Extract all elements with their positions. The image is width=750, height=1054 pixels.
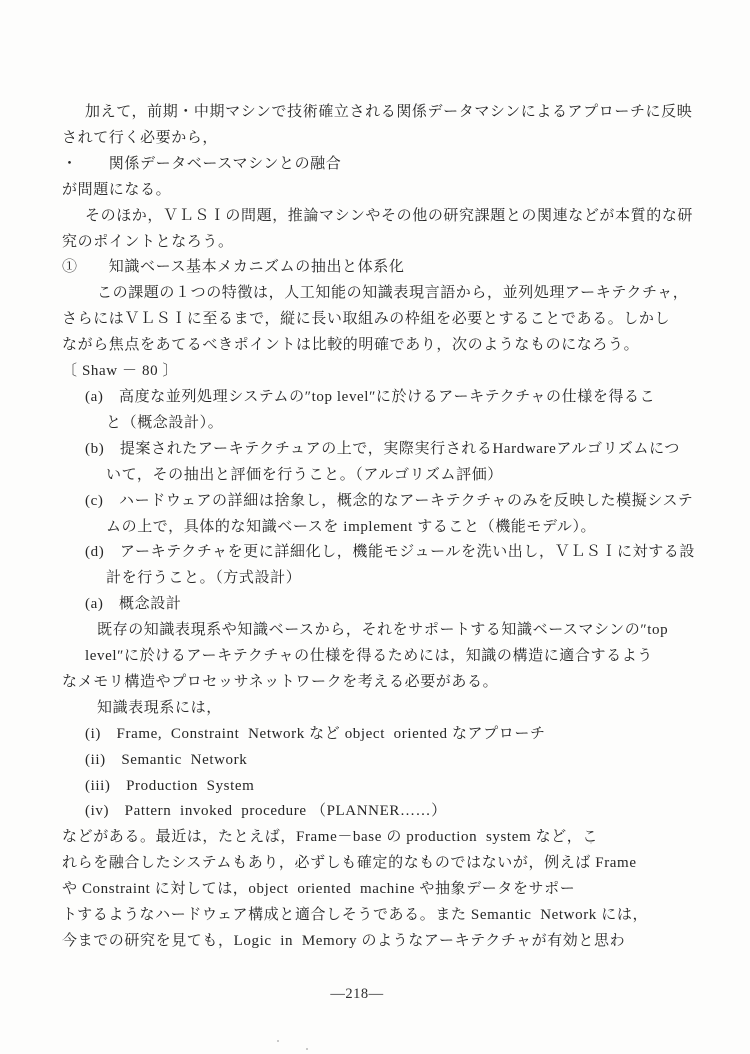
scanned-document-page: 加えて，前期・中期マシンで技術確立される関係データマシンによるアプローチに反映さ… — [0, 0, 750, 1054]
text-line: が問題になる。 — [62, 178, 710, 204]
text-line: (iv) Pattern invoked procedure （PLANNER…… — [62, 799, 710, 825]
text-line: (a) 概念設計 — [62, 592, 710, 618]
text-line: トするようなハードウェア構成と適合しそうである。また Semantic Netw… — [62, 903, 710, 929]
text-line: level″に於けるアーキテクチャの仕様を得るためには，知識の構造に適合するよう — [62, 644, 710, 670]
text-line: 加えて，前期・中期マシンで技術確立される関係データマシンによるアプローチに反映 — [62, 100, 710, 126]
text-line: などがある。最近は，たとえば，Frame－base の production s… — [62, 825, 710, 851]
scan-speckle — [277, 1040, 279, 1042]
text-line: 〔 Shaw － 80 〕 — [62, 359, 710, 385]
page-number: —218— — [0, 986, 714, 1003]
text-line: (a) 高度な並列処理システムの″top level″に於けるアーキテクチャの仕… — [62, 385, 710, 411]
text-line: されて行く必要から， — [62, 126, 710, 152]
text-line: 今までの研究を見ても，Logic in Memory のようなアーキテクチャが有… — [62, 929, 710, 955]
text-line: ・ 関係データベースマシンとの融合 — [62, 152, 710, 178]
body-text: 加えて，前期・中期マシンで技術確立される関係データマシンによるアプローチに反映さ… — [62, 100, 710, 955]
text-line: なメモリ構造やプロセッサネットワークを考える必要がある。 — [62, 670, 710, 696]
scan-speckle — [306, 1048, 308, 1050]
text-line: (i) Frame, Constraint Network など object … — [62, 722, 710, 748]
text-line: さらにはＶＬＳＩに至るまで，縦に長い取組みの枠組を必要とすることである。しかし — [62, 307, 710, 333]
text-line: 既存の知識表現系や知識ベースから，それをサポートする知識ベースマシンの″top — [62, 618, 710, 644]
text-line: れらを融合したシステムもあり，必ずしも確定的なものではないが，例えば Frame — [62, 851, 710, 877]
text-line: 知識表現系には， — [62, 696, 710, 722]
text-line: や Constraint に対しては，object oriented machi… — [62, 877, 710, 903]
text-line: そのほか，ＶＬＳＩの問題，推論マシンやその他の研究課題との関連などが本質的な研 — [62, 204, 710, 230]
text-line: ムの上で，具体的な知識ベースを implement すること（機能モデル）。 — [62, 515, 710, 541]
text-line: 計を行うこと。（方式設計） — [62, 566, 710, 592]
text-line: いて，その抽出と評価を行うこと。（アルゴリズム評価） — [62, 463, 710, 489]
scan-speckle — [590, 842, 592, 844]
text-line: ながら焦点をあてるべきポイントは比較的明確であり，次のようなものになろう。 — [62, 333, 710, 359]
text-line: 究のポイントとなろう。 — [62, 230, 710, 256]
text-line: この課題の１つの特徴は，人工知能の知識表現言語から，並列処理アーキテクチャ， — [62, 281, 710, 307]
text-line: (d) アーキテクチャを更に詳細化し，機能モジュールを洗い出し，ＶＬＳＩに対する… — [62, 540, 710, 566]
text-line: (b) 提案されたアーキテクチュアの上で，実際実行されるHardwareアルゴリ… — [62, 437, 710, 463]
text-line: (c) ハードウェアの詳細は捨象し，概念的なアーキテクチャのみを反映した模擬シス… — [62, 489, 710, 515]
text-line: ① 知識ベース基本メカニズムの抽出と体系化 — [62, 255, 710, 281]
text-line: と（概念設計）。 — [62, 411, 710, 437]
text-line: (iii) Production System — [62, 774, 710, 800]
text-line: (ii) Semantic Network — [62, 748, 710, 774]
